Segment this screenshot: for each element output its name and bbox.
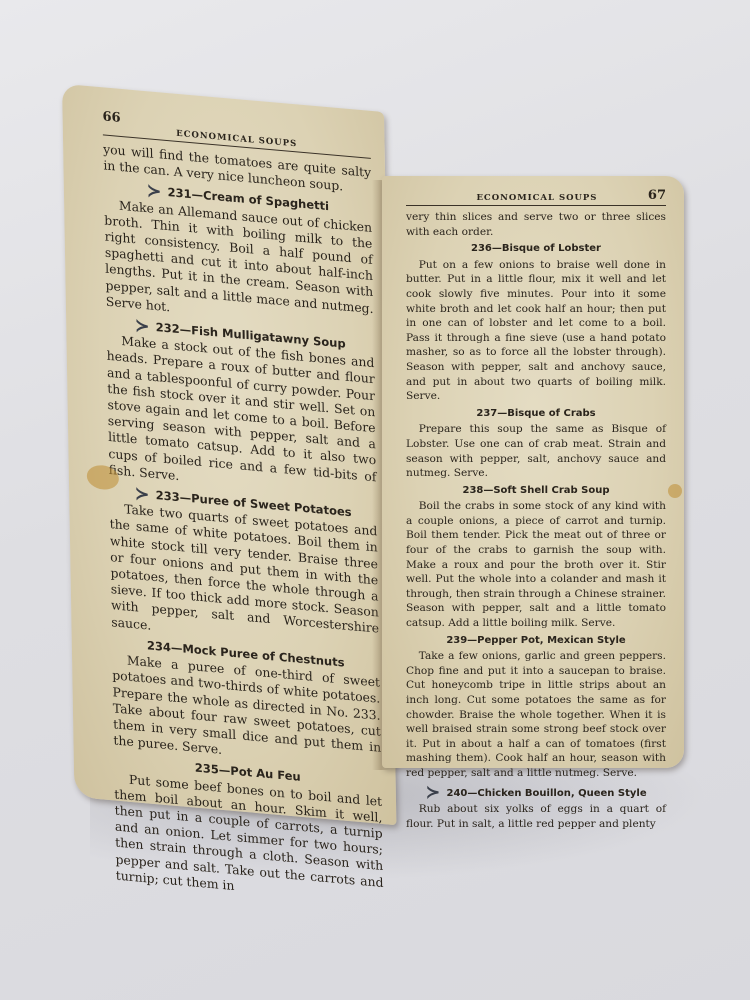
recipe-title-239: 239—Pepper Pot, Mexican Style [406, 634, 666, 649]
recipe-text-237: Prepare this soup the same as Bisque of … [406, 422, 666, 480]
pencil-check-icon: ≻ [146, 181, 161, 203]
stain-mark [668, 484, 682, 498]
pencil-check-icon: ≻ [425, 782, 440, 803]
right-page-body: very thin slices and serve two or three … [406, 210, 666, 831]
recipe-text-235: Put some beef bones on to boil and let t… [114, 770, 384, 907]
running-head: ECONOMICAL SOUPS [476, 193, 597, 203]
left-page-body: you will find the tomatoes are quite sal… [103, 141, 384, 907]
right-page: ECONOMICAL SOUPS 67 very thin slices and… [382, 176, 684, 768]
recipe-text-232: Make a stock out of the fish bones and h… [106, 332, 377, 502]
recipe-title-237: 237—Bisque of Crabs [406, 407, 666, 422]
recipe-text-231: Make an Allemand sauce out of chicken br… [104, 196, 374, 333]
left-page: 66 ECONOMICAL SOUPS you will find the to… [62, 84, 396, 825]
recipe-title-238: 238—Soft Shell Crab Soup [406, 484, 666, 499]
pencil-check-icon: ≻ [134, 483, 149, 505]
recipe-text-233: Take two quarts of sweet potatoes and th… [109, 500, 379, 653]
page-number: 67 [648, 188, 666, 203]
recipe-title-236: 236—Bisque of Lobster [406, 242, 666, 257]
recipe-text-239: Take a few onions, garlic and green pepp… [406, 649, 666, 780]
recipe-text-240: Rub about six yolks of eggs in a quart o… [406, 802, 666, 831]
continuation-text: very thin slices and serve two or three … [406, 210, 666, 239]
pencil-check-icon: ≻ [134, 315, 149, 337]
right-page-header: ECONOMICAL SOUPS 67 [406, 188, 666, 206]
recipe-text-238: Boil the crabs in some stock of any kind… [406, 499, 666, 630]
recipe-text-236: Put on a few onions to braise well done … [406, 258, 666, 404]
recipe-title-240: ≻240—Chicken Bouillon, Queen Style [406, 784, 666, 802]
